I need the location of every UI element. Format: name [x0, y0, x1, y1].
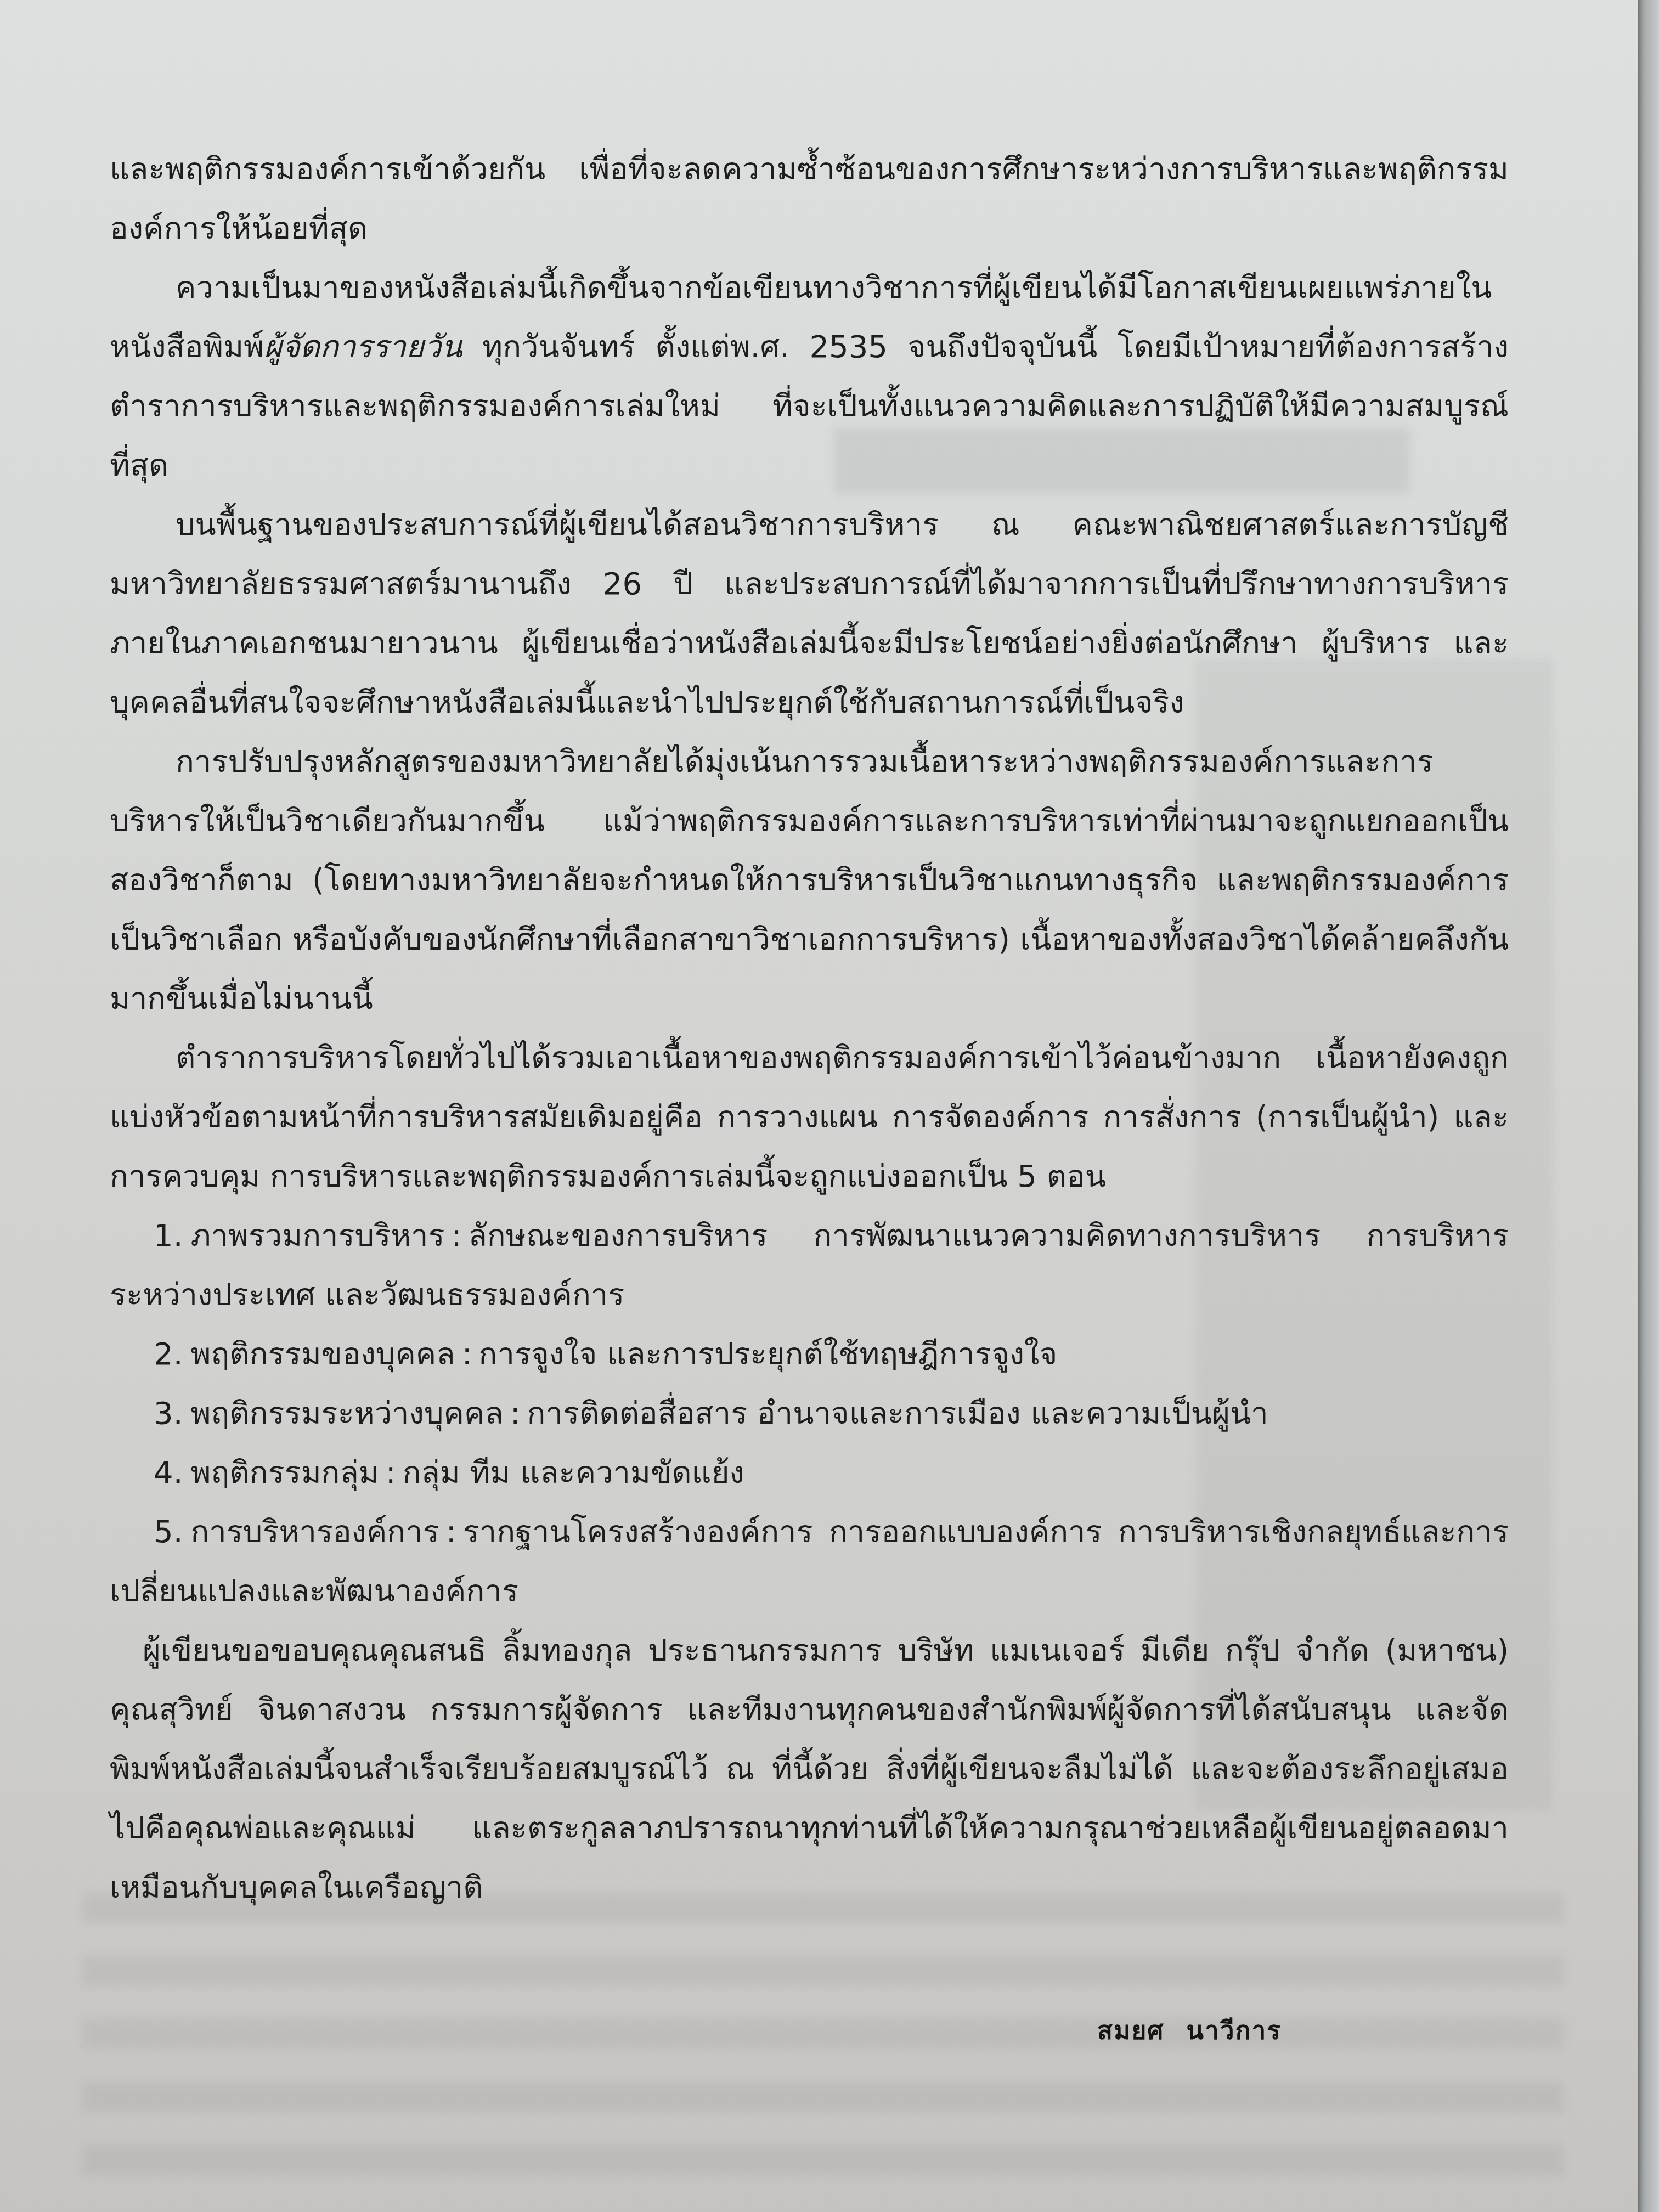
preface-body: และพฤติกรรมองค์การเข้าด้วยกัน เพื่อที่จะ…	[110, 140, 1509, 1917]
part-title: พฤติกรรมระหว่างบุคคล	[190, 1396, 503, 1431]
part-number: 3.	[154, 1396, 183, 1431]
part-title: การบริหารองค์การ	[190, 1514, 439, 1550]
list-item-part-1: 1.ภาพรวมการบริหาร:ลักษณะของการบริหาร การ…	[110, 1206, 1509, 1325]
part-title: พฤติกรรมของบุคคล	[190, 1336, 455, 1372]
part-title: ภาพรวมการบริหาร	[190, 1218, 444, 1254]
paragraph-book-origin: ความเป็นมาของหนังสือเล่มนี้เกิดขึ้นจากข้…	[110, 258, 1509, 495]
part-separator: :	[446, 1514, 456, 1550]
list-item-part-4: 4.พฤติกรรมกลุ่ม:กลุ่ม ทีม และความขัดแย้ง	[110, 1443, 1509, 1503]
paragraph-acknowledgement: ผู้เขียนขอขอบคุณคุณสนธิ ลิ้มทองกุล ประธา…	[110, 1621, 1509, 1917]
part-separator: :	[452, 1218, 462, 1254]
part-separator: :	[386, 1455, 396, 1491]
author-first-name: สมยศ	[1097, 2016, 1165, 2045]
part-topics: การติดต่อสื่อสาร อำนาจและการเมือง และควา…	[527, 1396, 1268, 1431]
show-through-lines	[82, 1893, 1564, 2189]
list-item-part-5: 5.การบริหารองค์การ:รากฐานโครงสร้างองค์กา…	[110, 1503, 1509, 1621]
paragraph-curriculum: การปรับปรุงหลักสูตรของมหาวิทยาลัยได้มุ่ง…	[110, 732, 1509, 1029]
part-number: 5.	[154, 1514, 183, 1550]
part-topics: การจูงใจ และการประยุกต์ใช้ทฤษฎีการจูงใจ	[479, 1336, 1058, 1372]
paragraph-author-experience: บนพื้นฐานของประสบการณ์ที่ผู้เขียนได้สอนว…	[110, 495, 1509, 732]
author-last-name: นาวีการ	[1187, 2016, 1282, 2045]
newspaper-title: ผู้จัดการรายวัน	[264, 329, 462, 365]
part-title: พฤติกรรมกลุ่ม	[190, 1455, 379, 1491]
part-separator: :	[510, 1396, 521, 1431]
parts-list: 1.ภาพรวมการบริหาร:ลักษณะของการบริหาร การ…	[110, 1206, 1509, 1621]
part-number: 1.	[154, 1218, 183, 1254]
book-page: และพฤติกรรมองค์การเข้าด้วยกัน เพื่อที่จะ…	[0, 0, 1638, 2212]
paragraph-book-structure: ตำราการบริหารโดยทั่วไปได้รวมเอาเนื้อหาขอ…	[110, 1029, 1509, 1206]
part-number: 2.	[154, 1336, 183, 1372]
part-topics: กลุ่ม ทีม และความขัดแย้ง	[403, 1455, 744, 1491]
list-item-part-3: 3.พฤติกรรมระหว่างบุคคล:การติดต่อสื่อสาร …	[110, 1384, 1509, 1443]
part-number: 4.	[154, 1455, 183, 1491]
part-separator: :	[462, 1336, 472, 1372]
author-signature: สมยศนาวีการ	[1097, 2011, 1282, 2051]
paragraph-continuation: และพฤติกรรมองค์การเข้าด้วยกัน เพื่อที่จะ…	[110, 140, 1509, 258]
page-edge-shadow	[1638, 0, 1659, 2212]
list-item-part-2: 2.พฤติกรรมของบุคคล:การจูงใจ และการประยุก…	[110, 1325, 1509, 1384]
